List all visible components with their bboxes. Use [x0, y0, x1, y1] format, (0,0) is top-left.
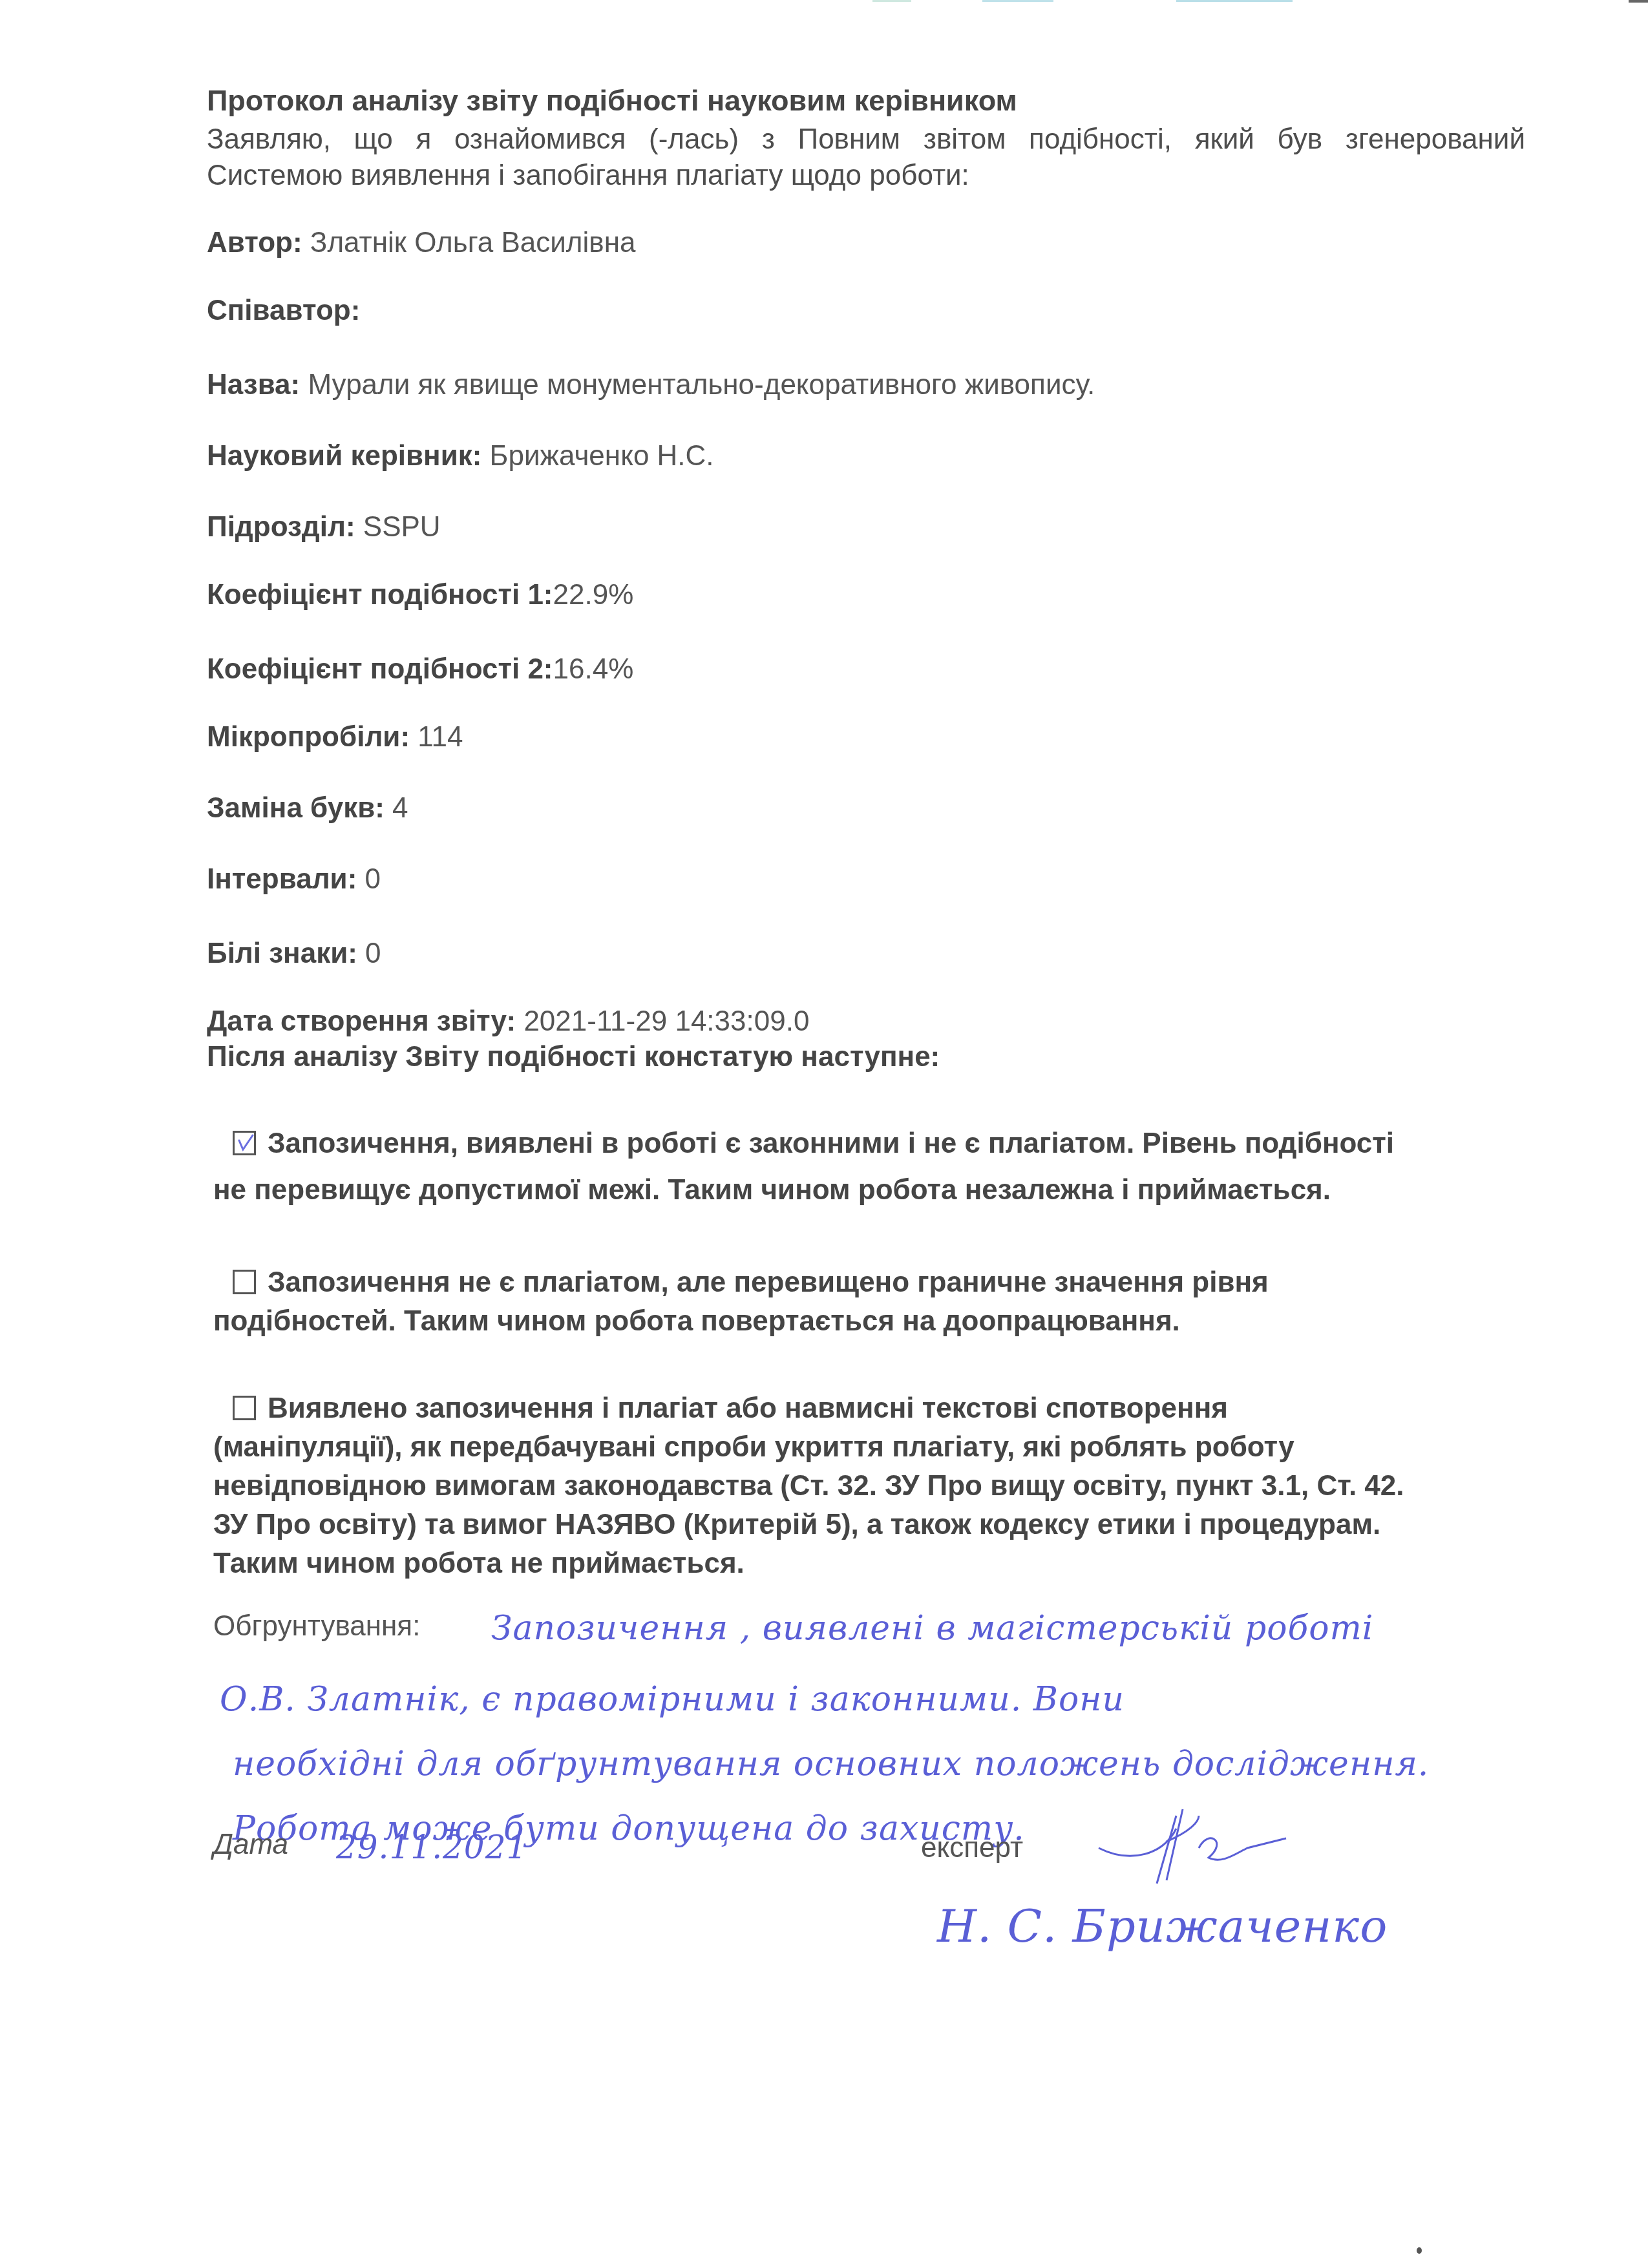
checkmark-icon: [236, 1133, 255, 1153]
field-label: Мікропробіли:: [207, 721, 410, 753]
option-text: Виявлено запозичення і плагіат або навми…: [268, 1392, 1228, 1424]
intro-line-1: Заявляю, що я ознайомився (-лась) з Повн…: [207, 123, 1525, 156]
intro-line-2: Системою виявлення і запобігання плагіат…: [207, 159, 969, 193]
option-text: Таким чином робота не приймається.: [213, 1544, 1545, 1583]
option-text: Запозичення, виявлені в роботі є законни…: [268, 1128, 1394, 1159]
field-value: 0: [357, 938, 381, 969]
option-text: ЗУ Про освіту) та вимог НАЗЯВО (Критерій…: [213, 1506, 1545, 1544]
checkbox-accepted[interactable]: [233, 1131, 256, 1155]
field-similarity-1: Коефіцієнт подібності 1:22.9%: [207, 578, 633, 612]
option-text: (маніпуляції), як передбачувані спроби у…: [213, 1428, 1545, 1467]
justification-handwriting-line: необхідні для обґрунтування основних пол…: [233, 1745, 1429, 1783]
field-author: Автор: Златнік Ольга Василівна: [207, 226, 635, 260]
field-label: Науковий керівник:: [207, 440, 481, 472]
field-label: Автор:: [207, 227, 302, 258]
option-text: подібностей. Таким чином робота повертає…: [213, 1302, 1545, 1341]
option-text: невідповідною вимогам законодавства (Ст.…: [213, 1467, 1545, 1506]
field-label: Інтервали:: [207, 863, 357, 895]
date-label: Дата: [213, 1829, 288, 1861]
justification-handwriting-line: О.В. Златнік, є правомірними і законними…: [220, 1680, 1125, 1719]
field-value: 0: [357, 863, 381, 895]
scan-mark-top: [982, 0, 1053, 2]
scan-mark-top: [872, 0, 911, 2]
expert-label: експерт: [921, 1832, 1023, 1864]
field-value: 22.9%: [553, 579, 634, 611]
field-supervisor: Науковий керівник: Брижаченко Н.С.: [207, 439, 714, 473]
field-value: 114: [410, 721, 463, 753]
field-title: Назва: Мурали як явище монументально-дек…: [207, 368, 1095, 402]
option-revision: Запозичення не є плагіатом, але перевище…: [213, 1263, 1545, 1341]
justification-label: Обгрунтування:: [213, 1610, 420, 1643]
checkbox-rejected[interactable]: [233, 1396, 256, 1420]
field-intervals: Інтервали: 0: [207, 863, 381, 896]
option-text: не перевищує допустимої межі. Таким чино…: [213, 1171, 1545, 1210]
document-title: Протокол аналізу звіту подібності науков…: [207, 84, 1017, 118]
field-report-date: Дата створення звіту: 2021-11-29 14:33:0…: [207, 1005, 809, 1038]
field-label: Співавтор:: [207, 295, 360, 326]
field-value: 2021-11-29 14:33:09.0: [516, 1005, 809, 1037]
field-label: Підрозділ:: [207, 511, 355, 543]
field-value: 4: [385, 792, 408, 824]
scanned-document-page: Протокол аналізу звіту подібності науков…: [0, 0, 1648, 2268]
expert-name-handwritten: Н. С. Брижаченко: [937, 1900, 1388, 1953]
field-microspaces: Мікропробіли: 114: [207, 720, 463, 754]
field-label: Білі знаки:: [207, 938, 357, 969]
field-label: Коефіцієнт подібності 1:: [207, 579, 553, 611]
field-value: Златнік Ольга Василівна: [302, 227, 636, 258]
field-value: SSPU: [355, 511, 441, 543]
field-value: Мурали як явище монументально-декоративн…: [300, 369, 1095, 401]
field-similarity-2: Коефіцієнт подібності 2:16.4%: [207, 653, 633, 686]
date-handwritten: 29.11.2021: [336, 1829, 527, 1866]
option-rejected: Виявлено запозичення і плагіат або навми…: [213, 1389, 1545, 1583]
field-label: Дата створення звіту:: [207, 1005, 516, 1037]
scan-mark-corner: [1629, 0, 1648, 3]
justification-handwriting-line: Запозичення , виявлені в магістерській р…: [491, 1609, 1373, 1648]
expert-signature-icon: [1092, 1803, 1299, 1887]
scan-mark-top: [1176, 0, 1293, 2]
field-value: Брижаченко Н.С.: [481, 440, 713, 472]
checkbox-revision[interactable]: [233, 1270, 256, 1294]
option-accepted: Запозичення, виявлені в роботі є законни…: [213, 1124, 1545, 1210]
scan-speck: [1417, 2247, 1422, 2254]
field-label: Назва:: [207, 369, 300, 401]
field-department: Підрозділ: SSPU: [207, 510, 441, 544]
field-value: 16.4%: [553, 653, 634, 685]
option-text: Запозичення не є плагіатом, але перевище…: [268, 1266, 1269, 1298]
field-letter-replacement: Заміна букв: 4: [207, 792, 408, 825]
field-label: Коефіцієнт подібності 2:: [207, 653, 553, 685]
field-label: Заміна букв:: [207, 792, 385, 824]
field-coauthor: Співавтор:: [207, 294, 360, 328]
after-analysis-heading: Після аналізу Звіту подібності констатую…: [207, 1040, 940, 1074]
field-white-chars: Білі знаки: 0: [207, 937, 381, 971]
